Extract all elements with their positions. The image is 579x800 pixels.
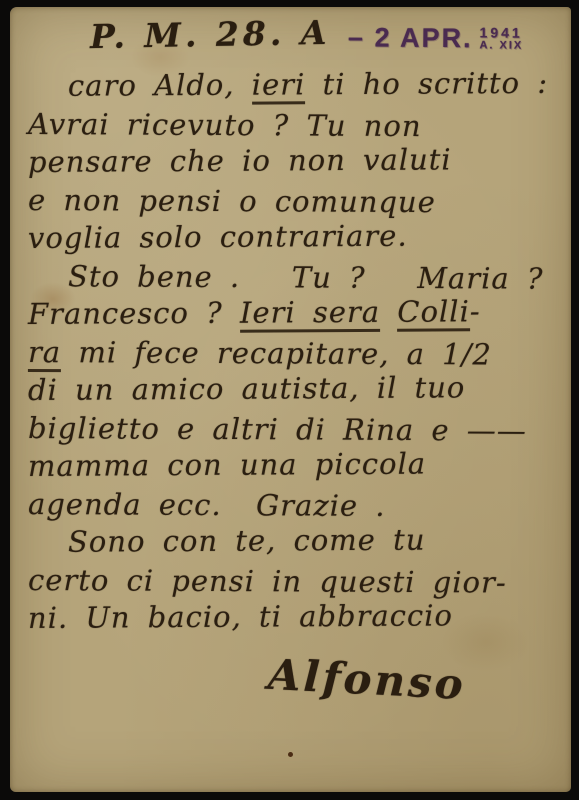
line-segment: e non pensi o comunque — [28, 183, 436, 219]
line-segment: caro Aldo, — [68, 68, 252, 103]
handwritten-line: pensare che io non valuti — [28, 140, 561, 181]
handwritten-line: mamma con una piccola — [28, 444, 561, 485]
line-segment: Colli — [397, 294, 470, 331]
line-segment: mi fece recapitare, a 1/2 — [61, 335, 492, 371]
handwritten-line: voglia solo contrariare. — [28, 216, 561, 257]
line-segment: Francesco ? — [28, 296, 240, 331]
handwritten-line: ni. Un bacio, ti abbraccio — [28, 596, 561, 637]
line-segment: ti ho scritto : — [305, 66, 548, 101]
line-segment: agenda ecc. Grazie . — [28, 487, 386, 523]
line-segment: biglietto e altri di Rina e —— — [28, 411, 527, 448]
stamp-year-era: 1941 A. XIX — [479, 25, 523, 51]
line-segment: Ieri sera — [240, 295, 380, 333]
handwritten-line: caro Aldo, ieri ti ho scritto : — [28, 64, 561, 105]
line-segment — [380, 295, 397, 329]
line-segment: ni. Un bacio, ti abbraccio — [28, 598, 453, 635]
handwritten-line: di un amico autista, il tuo — [28, 368, 561, 409]
stamp-year: 1941 — [479, 25, 523, 39]
handwritten-line: Francesco ? Ieri sera Colli- — [28, 292, 561, 333]
line-segment: - — [470, 294, 481, 328]
line-segment: ra — [28, 335, 61, 372]
line-segment: Sono con te, come tu — [68, 523, 426, 559]
stamp-day-month: – 2 APR. — [348, 22, 473, 53]
handwritten-postmark-note: P. M. 28. A — [90, 13, 331, 56]
line-segment: voglia solo contrariare. — [28, 219, 408, 255]
line-segment: mamma con una piccola — [28, 447, 426, 483]
stamp-era: A. XIX — [479, 39, 523, 51]
line-segment: certo ci pensi in questi gior- — [28, 563, 507, 600]
letter-body: caro Aldo, ieri ti ho scritto :Avrai ric… — [28, 67, 561, 637]
date-stamp: – 2 APR. 1941 A. XIX — [348, 22, 524, 54]
handwritten-line: Sono con te, come tu — [28, 520, 561, 561]
line-segment: di un amico autista, il tuo — [28, 370, 466, 407]
line-segment: ieri — [252, 67, 306, 104]
scan-background: P. M. 28. A – 2 APR. 1941 A. XIX caro Al… — [0, 0, 579, 800]
ink-fleck — [288, 752, 293, 757]
line-segment: Sto bene . Tu ? Maria ? — [68, 259, 544, 295]
signature: Alfonso — [267, 650, 467, 709]
line-segment: pensare che io non valuti — [28, 142, 452, 179]
postcard: P. M. 28. A – 2 APR. 1941 A. XIX caro Al… — [10, 7, 571, 792]
line-segment: Avrai ricevuto ? Tu non — [28, 107, 422, 143]
